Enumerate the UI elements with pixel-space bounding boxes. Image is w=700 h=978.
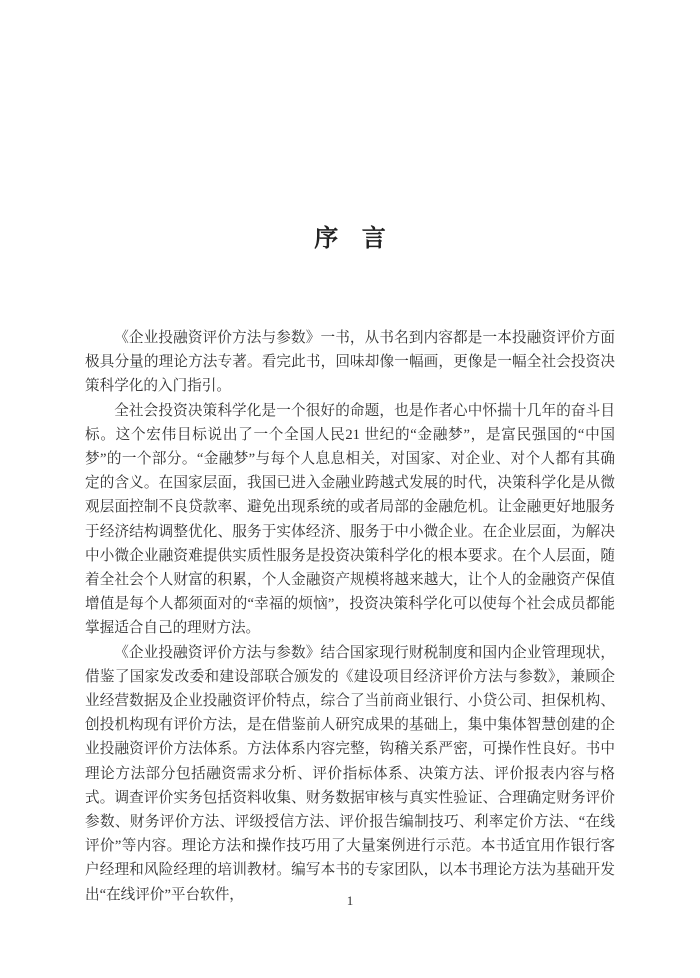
page-number: 1 bbox=[0, 893, 700, 909]
paragraph-1: 《企业投融资评价方法与参数》一书，从书名到内容都是一本投融资评价方面极具分量的理… bbox=[85, 326, 615, 399]
document-page: 序 言 《企业投融资评价方法与参数》一书，从书名到内容都是一本投融资评价方面极具… bbox=[0, 0, 700, 978]
paragraph-2: 全社会投资决策科学化是一个很好的命题，也是作者心中怀揣十几年的奋斗目标。这个宏伟… bbox=[85, 399, 615, 641]
preface-body: 《企业投融资评价方法与参数》一书，从书名到内容都是一本投融资评价方面极具分量的理… bbox=[85, 326, 615, 907]
page-title: 序 言 bbox=[0, 218, 700, 253]
paragraph-3: 《企业投融资评价方法与参数》结合国家现行财税制度和国内企业管理现状，借鉴了国家发… bbox=[85, 641, 615, 907]
